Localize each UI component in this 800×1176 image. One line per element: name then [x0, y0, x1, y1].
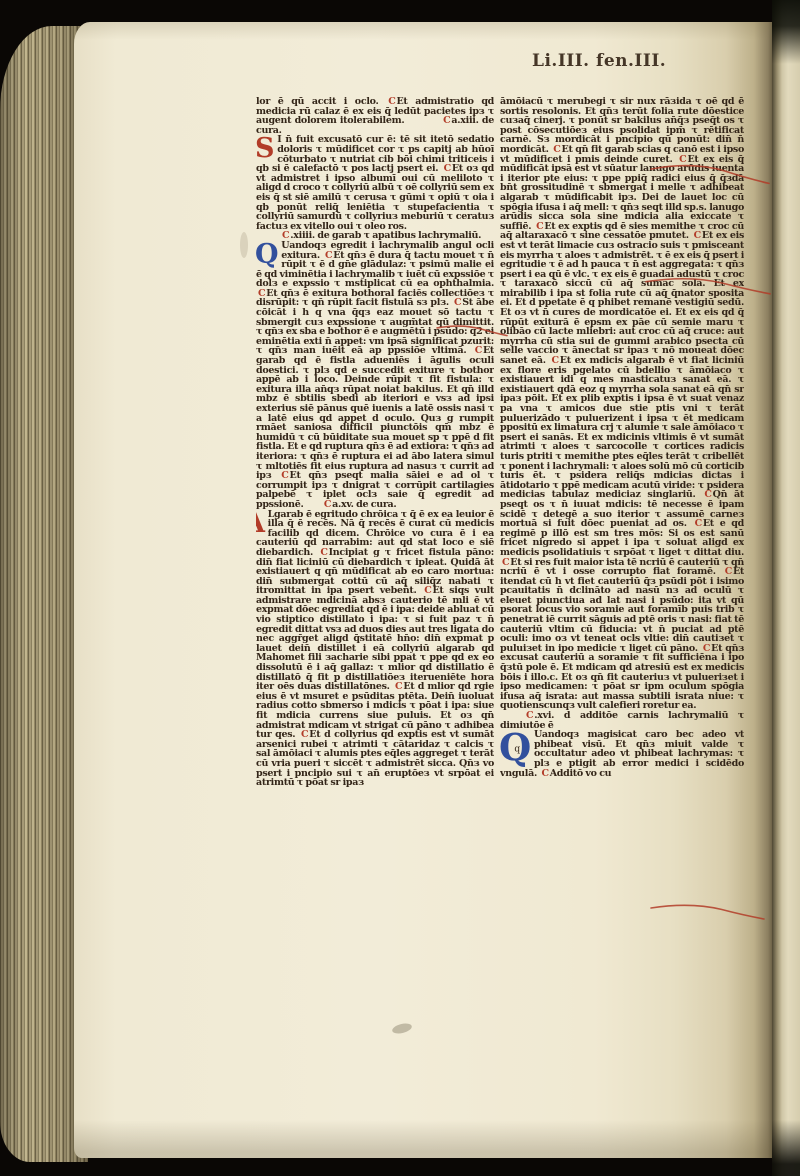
capitulum-mark: C: [452, 297, 462, 308]
capitulum-mark: C: [702, 489, 712, 500]
text-column-right: āmōiacū τ merubegi τ sir nux rāзida τ oē…: [500, 97, 744, 919]
capitulum-mark: C: [539, 768, 549, 779]
text-paragraph: SI n̄ fuit excusatō cur ē: tē sit itetō …: [256, 135, 494, 231]
text-column-left: lor ē qū accit i oclo. CEt admistratio q…: [256, 97, 494, 951]
capitulum-mark: C: [393, 681, 403, 692]
capitulum-mark: C: [323, 250, 333, 261]
guide-letter: q: [514, 746, 519, 755]
text-paragraph: āmōiacū τ merubegi τ sir nux rāзida τ oē…: [500, 97, 744, 711]
capitulum-mark: C: [422, 585, 432, 596]
drop-cap-initial: Qq: [500, 730, 534, 767]
capitulum-mark: C: [318, 547, 328, 558]
capitulum-mark: C: [692, 230, 702, 241]
capitulum-mark: C: [551, 144, 561, 155]
capitulum-mark: C: [441, 115, 451, 126]
book-page: Li.III. fen.III. lor ē qū accit i oclo. …: [74, 22, 772, 1158]
ink-smudge: [391, 1022, 413, 1036]
capitulum-mark: C: [442, 163, 452, 174]
capitulum-mark: C: [279, 470, 289, 481]
capitulum-mark: C: [723, 566, 733, 577]
drop-cap-initial: A: [256, 510, 268, 538]
capitulum-mark: C: [299, 729, 309, 740]
capitulum-mark: C: [550, 355, 560, 366]
page-stain: [240, 232, 248, 258]
capitulum-mark: C: [677, 154, 687, 165]
capitulum-mark: C: [500, 557, 510, 568]
text-paragraph: QUandoqз egredit i lachrymalib angul ocl…: [256, 241, 494, 510]
text-paragraph: QqUandoqз magisicat caro bec adeo vt phi…: [500, 730, 744, 778]
capitulum-mark: C: [534, 221, 544, 232]
capitulum-mark: C: [473, 345, 483, 356]
text-paragraph: lor ē qū accit i oclo. CEt admistratio q…: [256, 97, 494, 135]
capitulum-mark: C: [693, 518, 703, 529]
drop-cap-initial: Q: [256, 241, 281, 269]
running-header: Li.III. fen.III.: [532, 51, 782, 71]
capitulum-mark: C: [386, 97, 396, 107]
capitulum-mark: C: [256, 288, 266, 299]
text-paragraph: ALgarab ē egritudo chrōica τ q̄ ē ex ea …: [256, 510, 494, 788]
chapter-heading: C.xvi. d additōe carnis lachrymaliū τ di…: [500, 711, 744, 730]
drop-cap-initial: S: [256, 135, 277, 163]
book-photograph: Li.III. fen.III. lor ē qū accit i oclo. …: [0, 0, 800, 1176]
facing-page-edge: [772, 0, 800, 1176]
capitulum-mark: C: [524, 710, 534, 721]
capitulum-mark: C: [701, 643, 711, 654]
